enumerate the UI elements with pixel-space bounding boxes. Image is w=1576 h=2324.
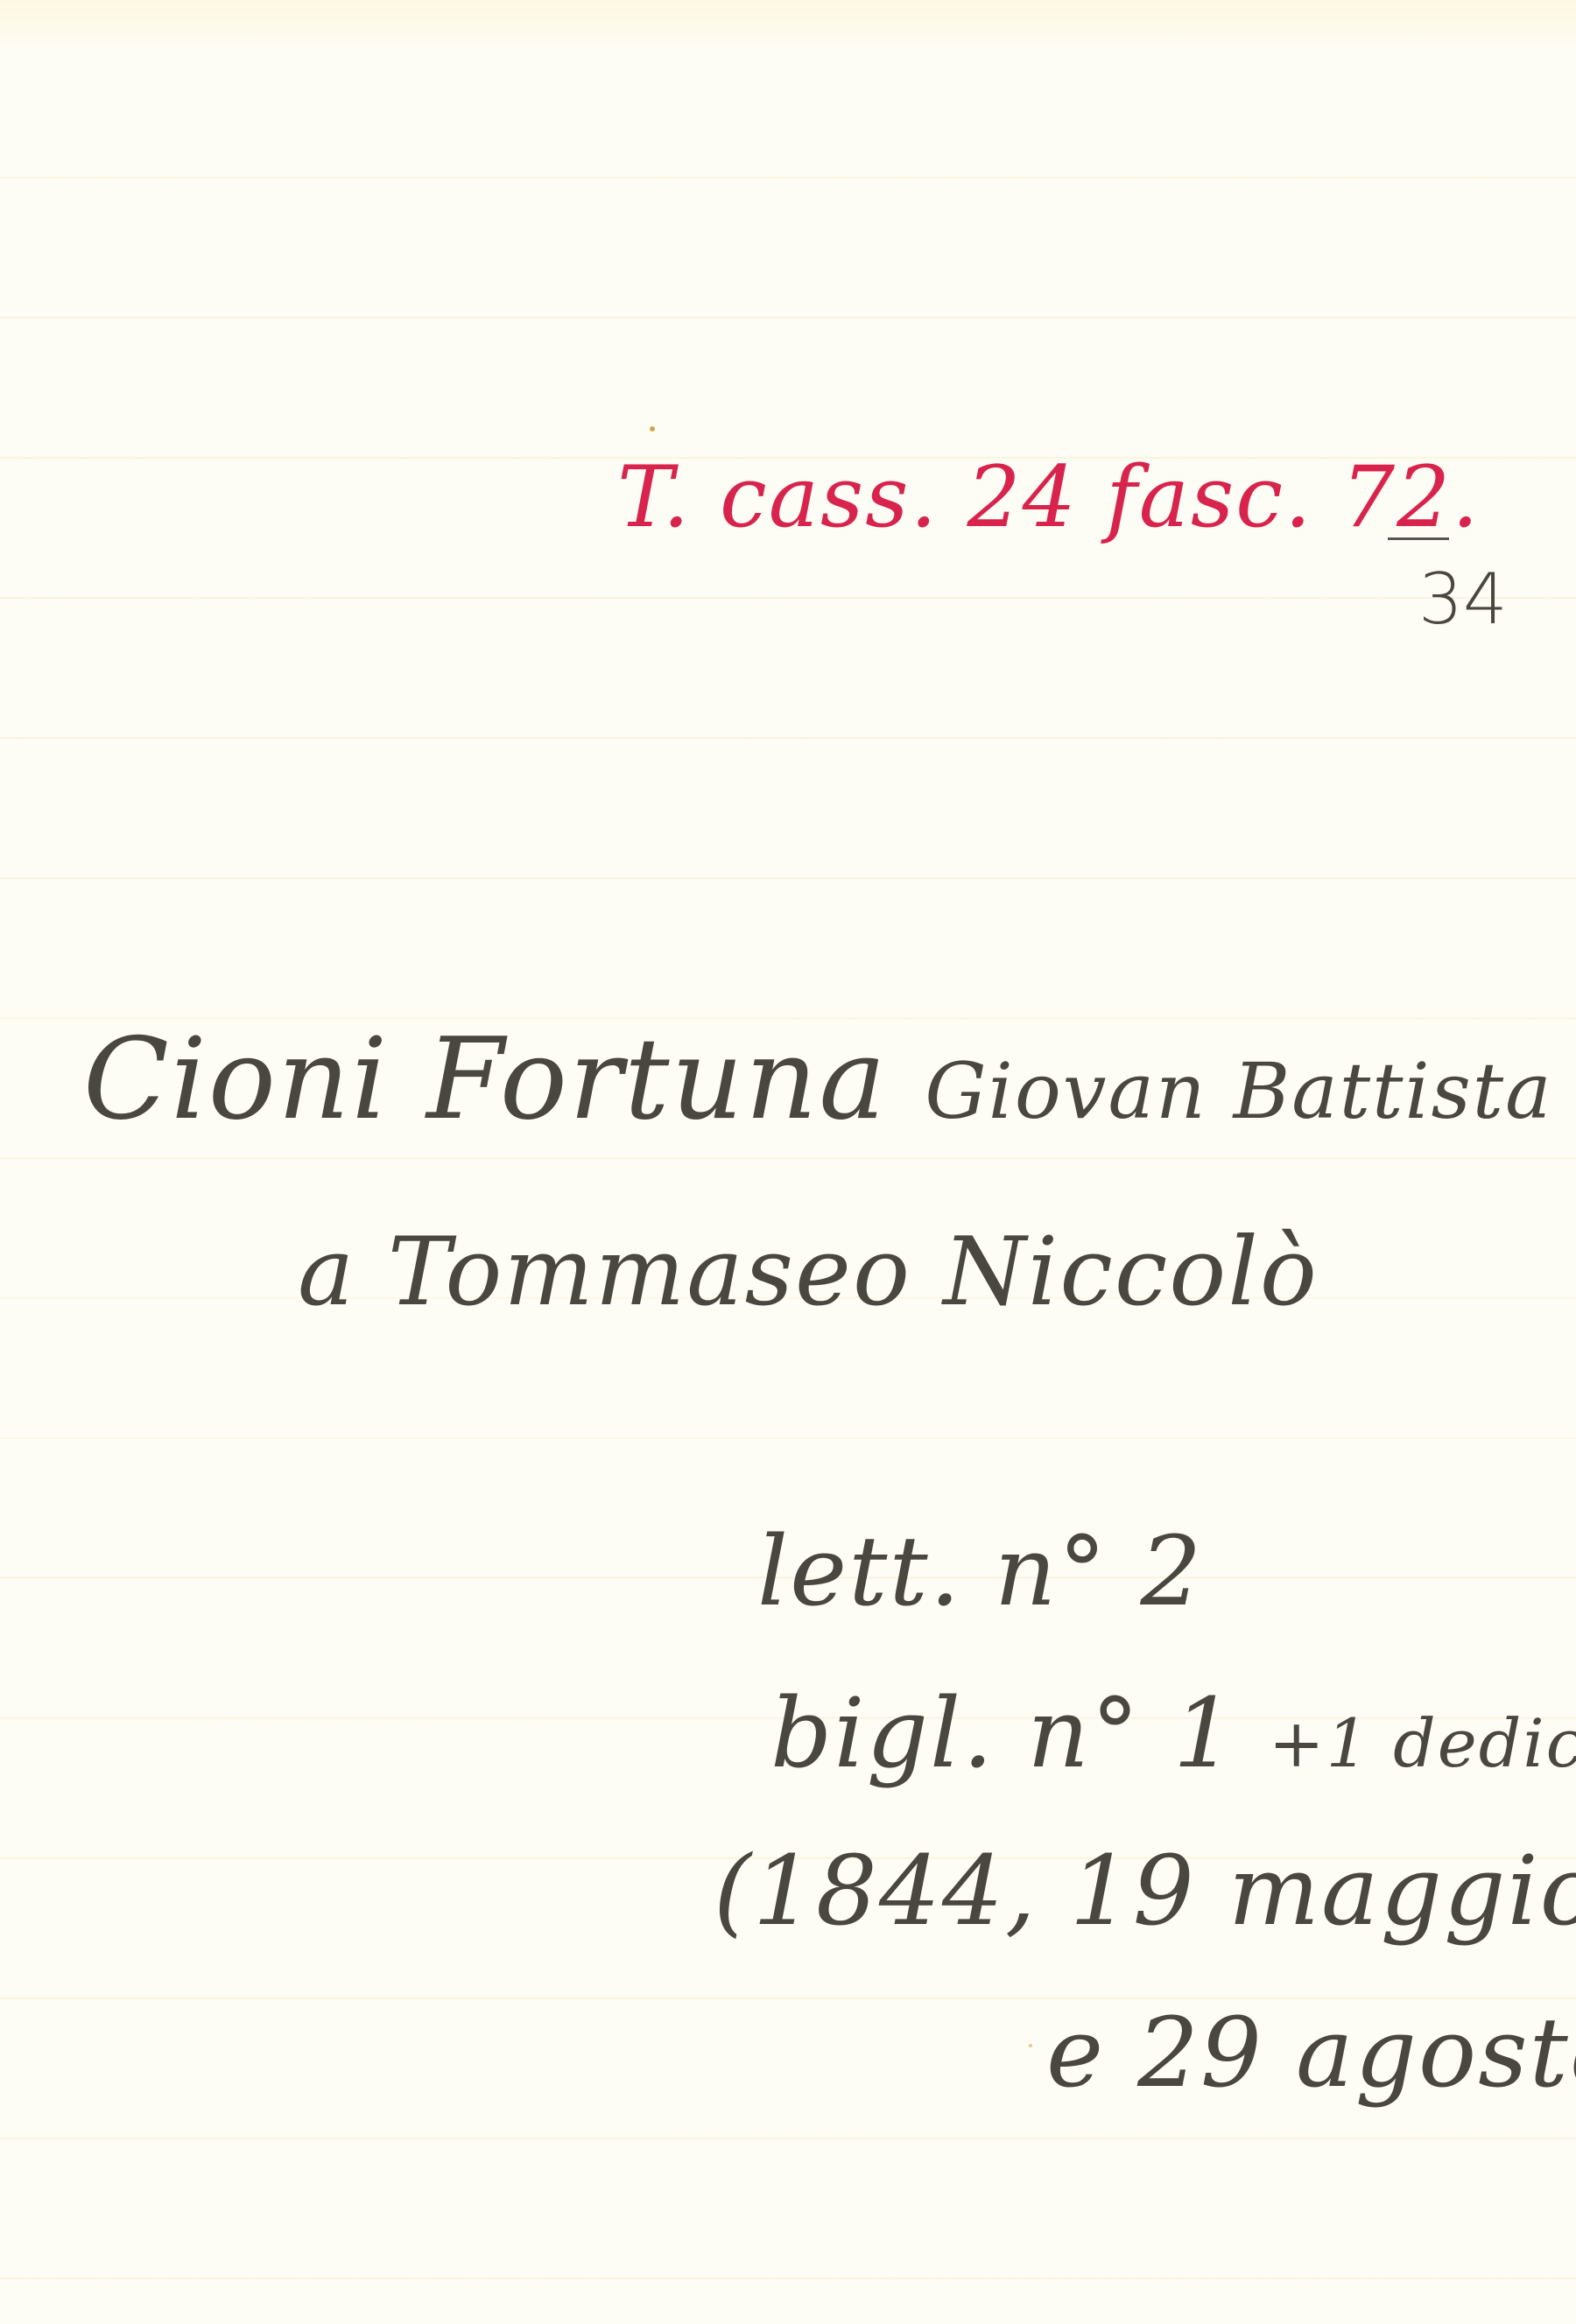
sender-name: Cioni Fortuna Giovan Battista — [83, 1024, 1553, 1136]
card-count-extra: +1 dedica — [1269, 1704, 1576, 1782]
card-count: bigl. n° 1 +1 dedica — [770, 1685, 1576, 1781]
card-count-main: bigl. n° 1 — [770, 1677, 1236, 1789]
sender-surname: Cioni Fortuna — [83, 1015, 888, 1145]
date-range-line-1: (1844, 19 maggio — [714, 1843, 1576, 1939]
sender-given-name: Giovan Battista — [925, 1046, 1552, 1136]
ink-speck — [650, 426, 655, 432]
archival-card: T. cass. 24 fasc. 72. 34 Cioni Fortuna G… — [0, 0, 1576, 2324]
letter-count: lett. n° 2 — [757, 1523, 1203, 1619]
date-range-line-2: e 29 agosto) — [1046, 2005, 1576, 2101]
paper-discoloration — [0, 0, 1576, 53]
shelfmark-underline — [1388, 537, 1449, 540]
ink-speck — [1029, 2044, 1032, 2047]
recipient-name: a Tommaseo Niccolò — [298, 1225, 1319, 1320]
folio-number: 34 — [1418, 565, 1508, 635]
shelfmark: T. cass. 24 fasc. 72. — [617, 455, 1481, 539]
